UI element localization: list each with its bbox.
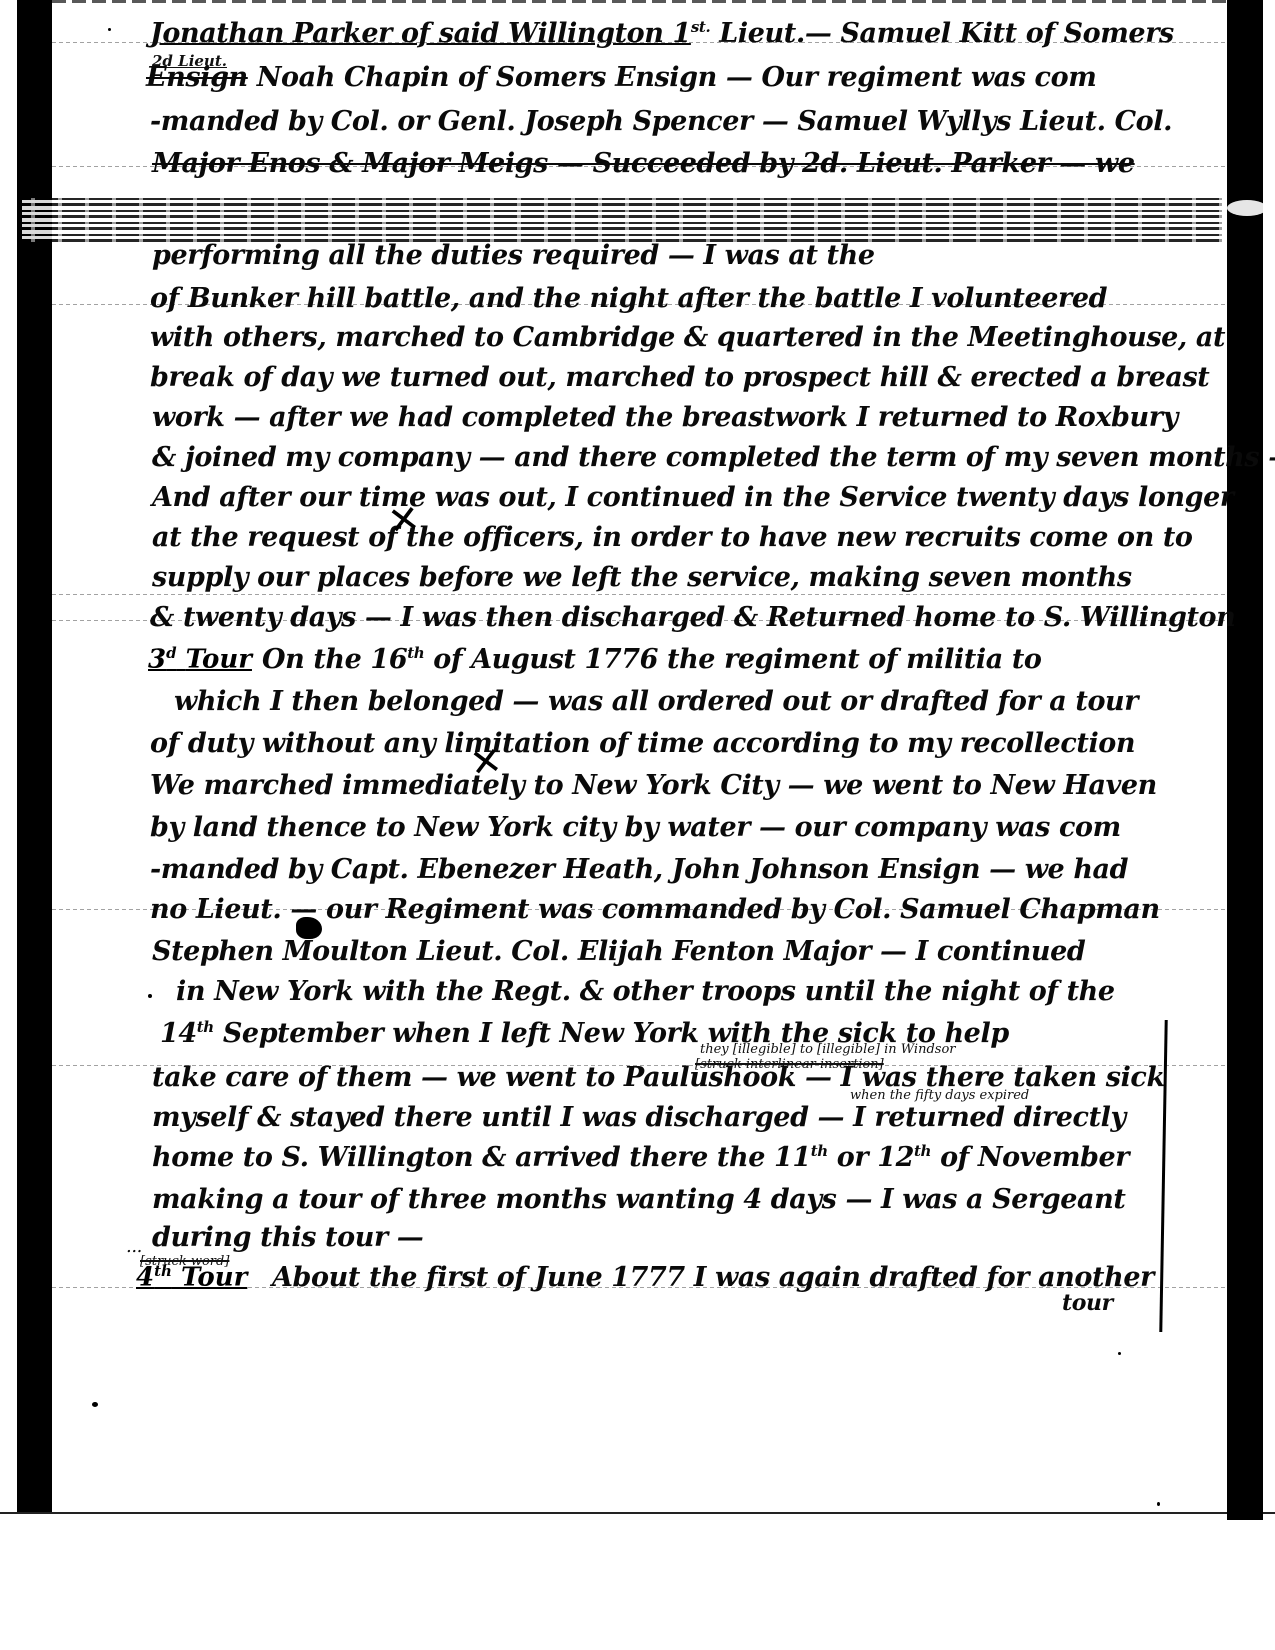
tour-number: 3 [148,645,166,675]
superscript: st. [691,18,710,36]
manuscript-line-24: in New York with the Regt. & other troop… [176,976,1115,1007]
manuscript-line-8: with others, marched to Cambridge & quar… [150,322,1225,353]
manuscript-line-6: performing all the duties required — I w… [152,240,875,271]
manuscript-line-10: work — after we had completed the breast… [152,402,1178,433]
cross-mark: ✕ [385,496,423,544]
manuscript-line-3: -manded by Col. or Genl. Joseph Spencer … [150,106,1172,137]
smudge-tail [1227,200,1267,216]
line-text: On the 16 [262,644,407,675]
line-text: of November [931,1142,1129,1173]
scan-edge-bar-right [1227,0,1263,1520]
superscript: th [154,1262,172,1280]
manuscript-line-29: making a tour of three months wanting 4 … [152,1184,1125,1215]
superscript: th [914,1142,931,1160]
manuscript-line-9: break of day we turned out, marched to p… [150,362,1209,393]
manuscript-line-17: which I then belonged — was all ordered … [174,686,1138,717]
line-text: Lieut.— Samuel Kitt of Somers [710,18,1174,49]
ruled-line [52,594,1227,595]
superscript: d [166,644,177,662]
cross-mark: ✕ [467,738,505,786]
manuscript-line-4: Major Enos & Major Meigs — Succeeded by … [152,148,1135,179]
manuscript-line-1: Jonathan Parker of said Willington 1st. … [150,18,1174,49]
manuscript-line-23: Stephen Moulton Lieut. Col. Elijah Fento… [152,936,1085,967]
margin-dash [148,994,152,998]
manuscript-line-28: home to S. Willington & arrived there th… [152,1142,1129,1173]
manuscript-line-18: of duty without any limitation of time a… [150,728,1135,759]
manuscript-line-16: On the 16th of August 1776 the regiment … [262,644,1042,675]
margin-label-4th-tour: 4th Tour [136,1262,247,1293]
manuscript-line-19: We marched immediately to New York City … [150,770,1157,801]
margin-label-3rd-tour: 3d Tour [148,644,252,675]
interlinear-insertion: they [illegible] to [illegible] in Winds… [700,1042,956,1057]
manuscript-line-30: during this tour — [152,1222,423,1253]
superscript: th [811,1142,828,1160]
scan-speck [1157,1502,1160,1506]
scan-speck [108,28,111,31]
tour-word: Tour [186,645,252,675]
interlinear-insertion: when the fifty days expired [850,1088,1029,1103]
line-text: 14 [160,1018,197,1049]
manuscript-line-11: & joined my company — and there complete… [152,442,1275,473]
line-text: Noah Chapin of Somers Ensign — Our regim… [248,62,1097,93]
scan-speck [92,1402,98,1407]
manuscript-line-21: -manded by Capt. Ebenezer Heath, John Jo… [150,854,1128,885]
line-text: Jonathan Parker of said Willington 1 [150,18,691,49]
manuscript-line-14: supply our places before we left the ser… [152,562,1132,593]
line-text: or 12 [828,1142,914,1173]
smudged-struck-band [22,198,1222,242]
superscript: th [197,1018,214,1036]
manuscript-line-27: myself & stayed there until I was discha… [152,1102,1126,1133]
line-text: home to S. Willington & arrived there th… [152,1142,811,1173]
tour-number: 4 [136,1263,154,1293]
manuscript-line-13: at the request of the officers, in order… [152,522,1193,553]
manuscript-line-31: About the first of June 1777 I was again… [272,1262,1154,1293]
line-text: of August 1776 the regiment of militia t… [424,644,1041,675]
struck-word: Ensign [146,62,248,93]
page-top-edge [52,0,1227,3]
manuscript-line-15: & twenty days — I was then discharged & … [150,602,1235,633]
manuscript-line-32: tour [1062,1290,1113,1316]
scan-speck [1118,1352,1121,1355]
manuscript-line-7: of Bunker hill battle, and the night aft… [150,283,1107,314]
tour-word: Tour [181,1263,247,1293]
superscript: th [407,644,424,662]
manuscript-page: Jonathan Parker of said Willington 1st. … [0,0,1275,1514]
manuscript-line-20: by land thence to New York city by water… [150,812,1121,843]
manuscript-line-12: And after our time was out, I continued … [152,482,1234,513]
manuscript-line-2: Ensign Noah Chapin of Somers Ensign — Ou… [146,62,1096,93]
